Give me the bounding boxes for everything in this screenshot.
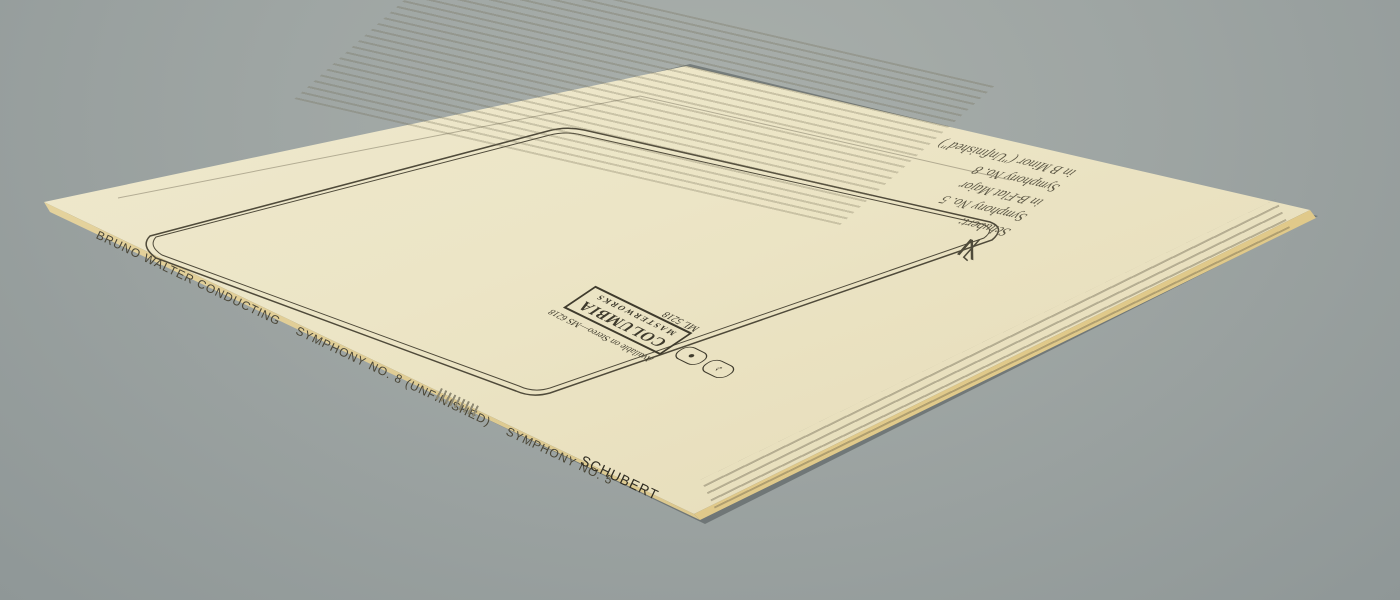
photo-scene: Schubert: Symphony No. 5 in B-Flat Major… xyxy=(0,0,1400,600)
